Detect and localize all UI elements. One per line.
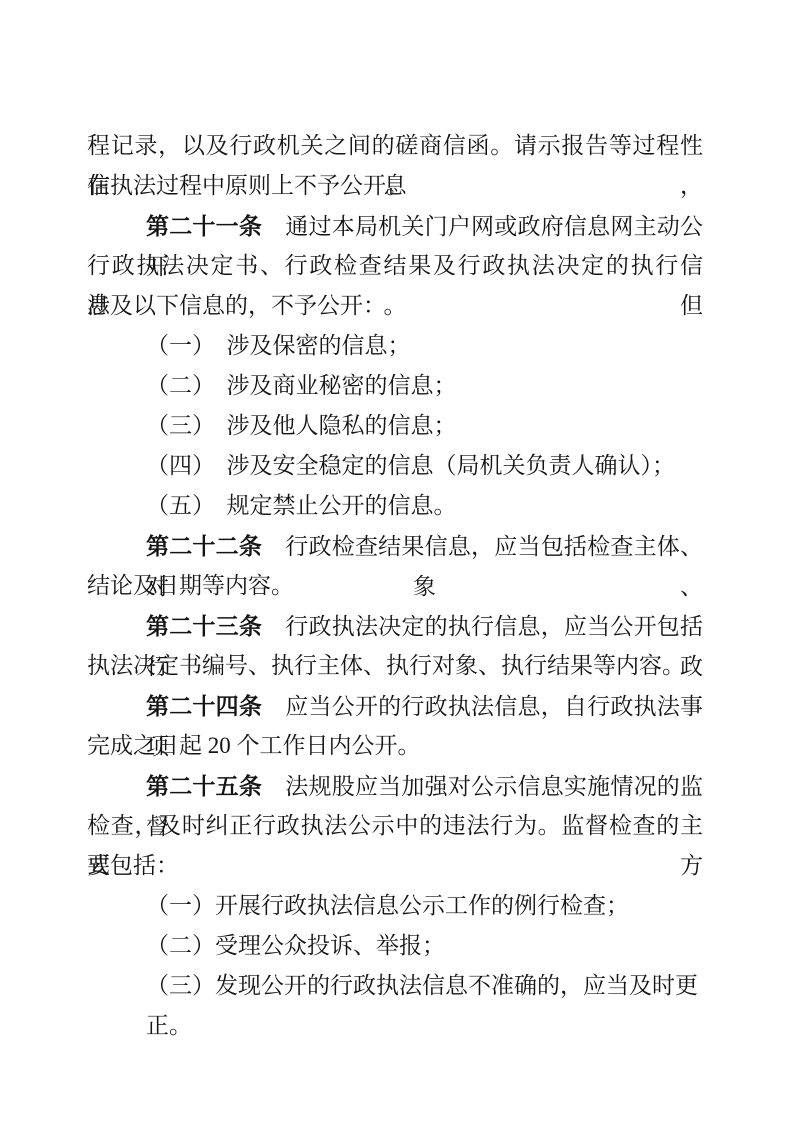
text-line: （四） 涉及安全稳定的信息（局机关负责人确认）； (87, 446, 703, 486)
text-line: 完成之日起 20 个工作日内公开。 (87, 726, 703, 766)
text-line: 行政执法决定书、行政检查结果及行政执法决定的执行信息。但 (87, 246, 703, 286)
article-number: 第二十四条 (146, 693, 262, 719)
line-text: （五） 规定禁止公开的信息。 (146, 493, 457, 518)
text-line: （二） 涉及商业秘密的信息； (87, 366, 703, 406)
text-line: （一）开展行政执法信息公示工作的例行检查； (87, 886, 703, 926)
text-line: （二）受理公众投诉、举报； (87, 926, 703, 966)
line-text: 涉及以下信息的，不予公开： (87, 293, 386, 318)
text-line: 检查，及时纠正行政执法公示中的违法行为。监督检查的主要方 (87, 806, 703, 846)
article-number: 第二十二条 (146, 533, 262, 559)
line-text: （三） 涉及他人隐私的信息； (146, 413, 457, 438)
article-number: 第二十一条 (146, 213, 262, 239)
line-text: （二）受理公众投诉、举报； (146, 933, 445, 958)
text-line: （一） 涉及保密的信息； (87, 326, 703, 366)
document-body: 程记录，以及行政机关之间的磋商信函。请示报告等过程性信息，在执法过程中原则上不予… (87, 126, 703, 1006)
line-text: 检查，及时纠正行政执法公示中的违法行为。监督检查的主要方 (87, 813, 703, 878)
article-number: 第二十五条 (146, 773, 262, 799)
line-text: 式包括： (87, 853, 179, 878)
text-line: （三）发现公开的行政执法信息不准确的，应当及时更正。 (87, 966, 703, 1006)
text-line: （五） 规定禁止公开的信息。 (87, 486, 703, 526)
text-line: 执法决定书编号、执行主体、执行对象、执行结果等内容。 (87, 646, 703, 686)
article-line: 第二十四条 应当公开的行政执法信息，自行政执法事项 (87, 686, 703, 726)
article-line: 第二十二条 行政检查结果信息，应当包括检查主体、对象、 (87, 526, 703, 566)
line-text: 执法决定书编号、执行主体、执行对象、执行结果等内容。 (87, 653, 685, 678)
text-line: 程记录，以及行政机关之间的磋商信函。请示报告等过程性信息， (87, 126, 703, 166)
article-line: 第二十一条 通过本局机关门户网或政府信息网主动公开 (87, 206, 703, 246)
line-text: 结论及日期等内容。 (87, 573, 294, 598)
line-text: （一）开展行政执法信息公示工作的例行检查； (146, 893, 629, 918)
line-text: （二） 涉及商业秘密的信息； (146, 373, 457, 398)
article-line: 第二十五条 法规股应当加强对公示信息实施情况的监督 (87, 766, 703, 806)
line-text: （三）发现公开的行政执法信息不准确的，应当及时更正。 (146, 973, 698, 1038)
text-line: （三） 涉及他人隐私的信息； (87, 406, 703, 446)
line-text: 完成之日起 20 个工作日内公开。 (87, 733, 421, 758)
article-line: 第二十三条 行政执法决定的执行信息，应当公开包括行政 (87, 606, 703, 646)
line-text: 在执法过程中原则上不予公开。 (87, 173, 409, 198)
line-text: （一） 涉及保密的信息； (146, 333, 411, 358)
document-page: 程记录，以及行政机关之间的磋商信函。请示报告等过程性信息，在执法过程中原则上不予… (0, 0, 793, 1122)
line-text: （四） 涉及安全稳定的信息（局机关负责人确认）； (146, 453, 675, 478)
article-number: 第二十三条 (146, 613, 262, 639)
